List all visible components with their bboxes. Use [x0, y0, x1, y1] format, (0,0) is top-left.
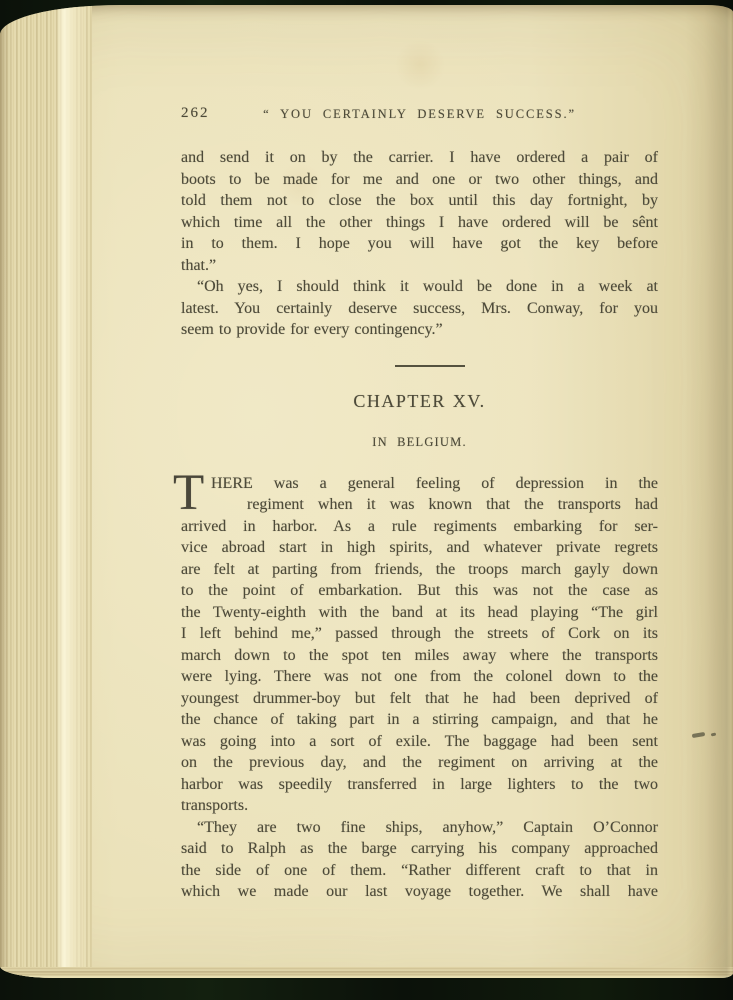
text-line: HERE was a general feeling of depression… — [181, 473, 658, 495]
chapter-paragraphs: THERE was a general feeling of depressio… — [181, 473, 658, 903]
text-line: seem to provide for every contingency.” — [181, 319, 658, 341]
text-line: to the point of embarkation. But this wa… — [181, 580, 658, 602]
text-line: which we made our last voyage together. … — [181, 881, 658, 903]
text-line: said to Ralph as the barge carrying his … — [181, 838, 658, 860]
text-line: that.” — [181, 255, 658, 277]
chapter-title: CHAPTER XV. — [181, 391, 658, 411]
text-line: were lying. There was not one from the c… — [181, 666, 658, 688]
text-line: vice abroad start in high spirits, and w… — [181, 537, 658, 559]
text-line: which time all the other things I have o… — [181, 212, 658, 234]
text-line: harbor was speedily transferred in large… — [181, 774, 658, 796]
text-line: in to them. I hope you will have got the… — [181, 233, 658, 255]
text-line: on the previous day, and the regiment on… — [181, 752, 658, 774]
text-line: I left behind me,” passed through the st… — [181, 623, 658, 645]
text-column: and send it on by the carrier. I have or… — [181, 147, 658, 903]
page-header: 262 “ YOU CERTAINLY DESERVE SUCCESS.” — [181, 105, 658, 125]
text-line: regiment when it was known that the tran… — [181, 494, 658, 516]
text-line: the Twenty-eighth with the band at its h… — [181, 602, 658, 624]
paragraph: and send it on by the carrier. I have or… — [181, 147, 658, 276]
text-line: march down to the spot ten miles away wh… — [181, 645, 658, 667]
chapter-subtitle: IN BELGIUM. — [181, 435, 658, 449]
text-line: told them not to close the box until thi… — [181, 190, 658, 212]
text-line: arrived in harbor. As a rule regiments e… — [181, 516, 658, 538]
text-line: transports. — [181, 795, 658, 817]
text-line: was going into a sort of exile. The bagg… — [181, 731, 658, 753]
intro-paragraphs: and send it on by the carrier. I have or… — [181, 147, 658, 341]
book-scan: 262 “ YOU CERTAINLY DESERVE SUCCESS.” an… — [0, 0, 733, 1000]
text-line: are felt at parting from friends, the tr… — [181, 559, 658, 581]
text-line: boots to be made for me and one or two o… — [181, 169, 658, 191]
text-line: and send it on by the carrier. I have or… — [181, 147, 658, 169]
page-content: 262 “ YOU CERTAINLY DESERVE SUCCESS.” an… — [0, 5, 733, 978]
paragraph: “They are two fine ships, anyhow,” Capta… — [181, 817, 658, 903]
text-line: the chance of taking part in a stirring … — [181, 709, 658, 731]
paragraph: “Oh yes, I should think it would be done… — [181, 276, 658, 341]
paragraph: THERE was a general feeling of depressio… — [181, 473, 658, 817]
text-line: the side of one of them. “Rather differe… — [181, 860, 658, 882]
section-divider — [395, 365, 465, 367]
text-line: “They are two fine ships, anyhow,” Capta… — [181, 817, 658, 839]
drop-cap-letter: T — [173, 473, 204, 513]
text-line: latest. You certainly deserve success, M… — [181, 298, 658, 320]
text-line: “Oh yes, I should think it would be done… — [181, 276, 658, 298]
running-header: “ YOU CERTAINLY DESERVE SUCCESS.” — [181, 107, 658, 122]
book-page: 262 “ YOU CERTAINLY DESERVE SUCCESS.” an… — [0, 5, 733, 978]
text-line: youngest drummer-boy but felt that he ha… — [181, 688, 658, 710]
